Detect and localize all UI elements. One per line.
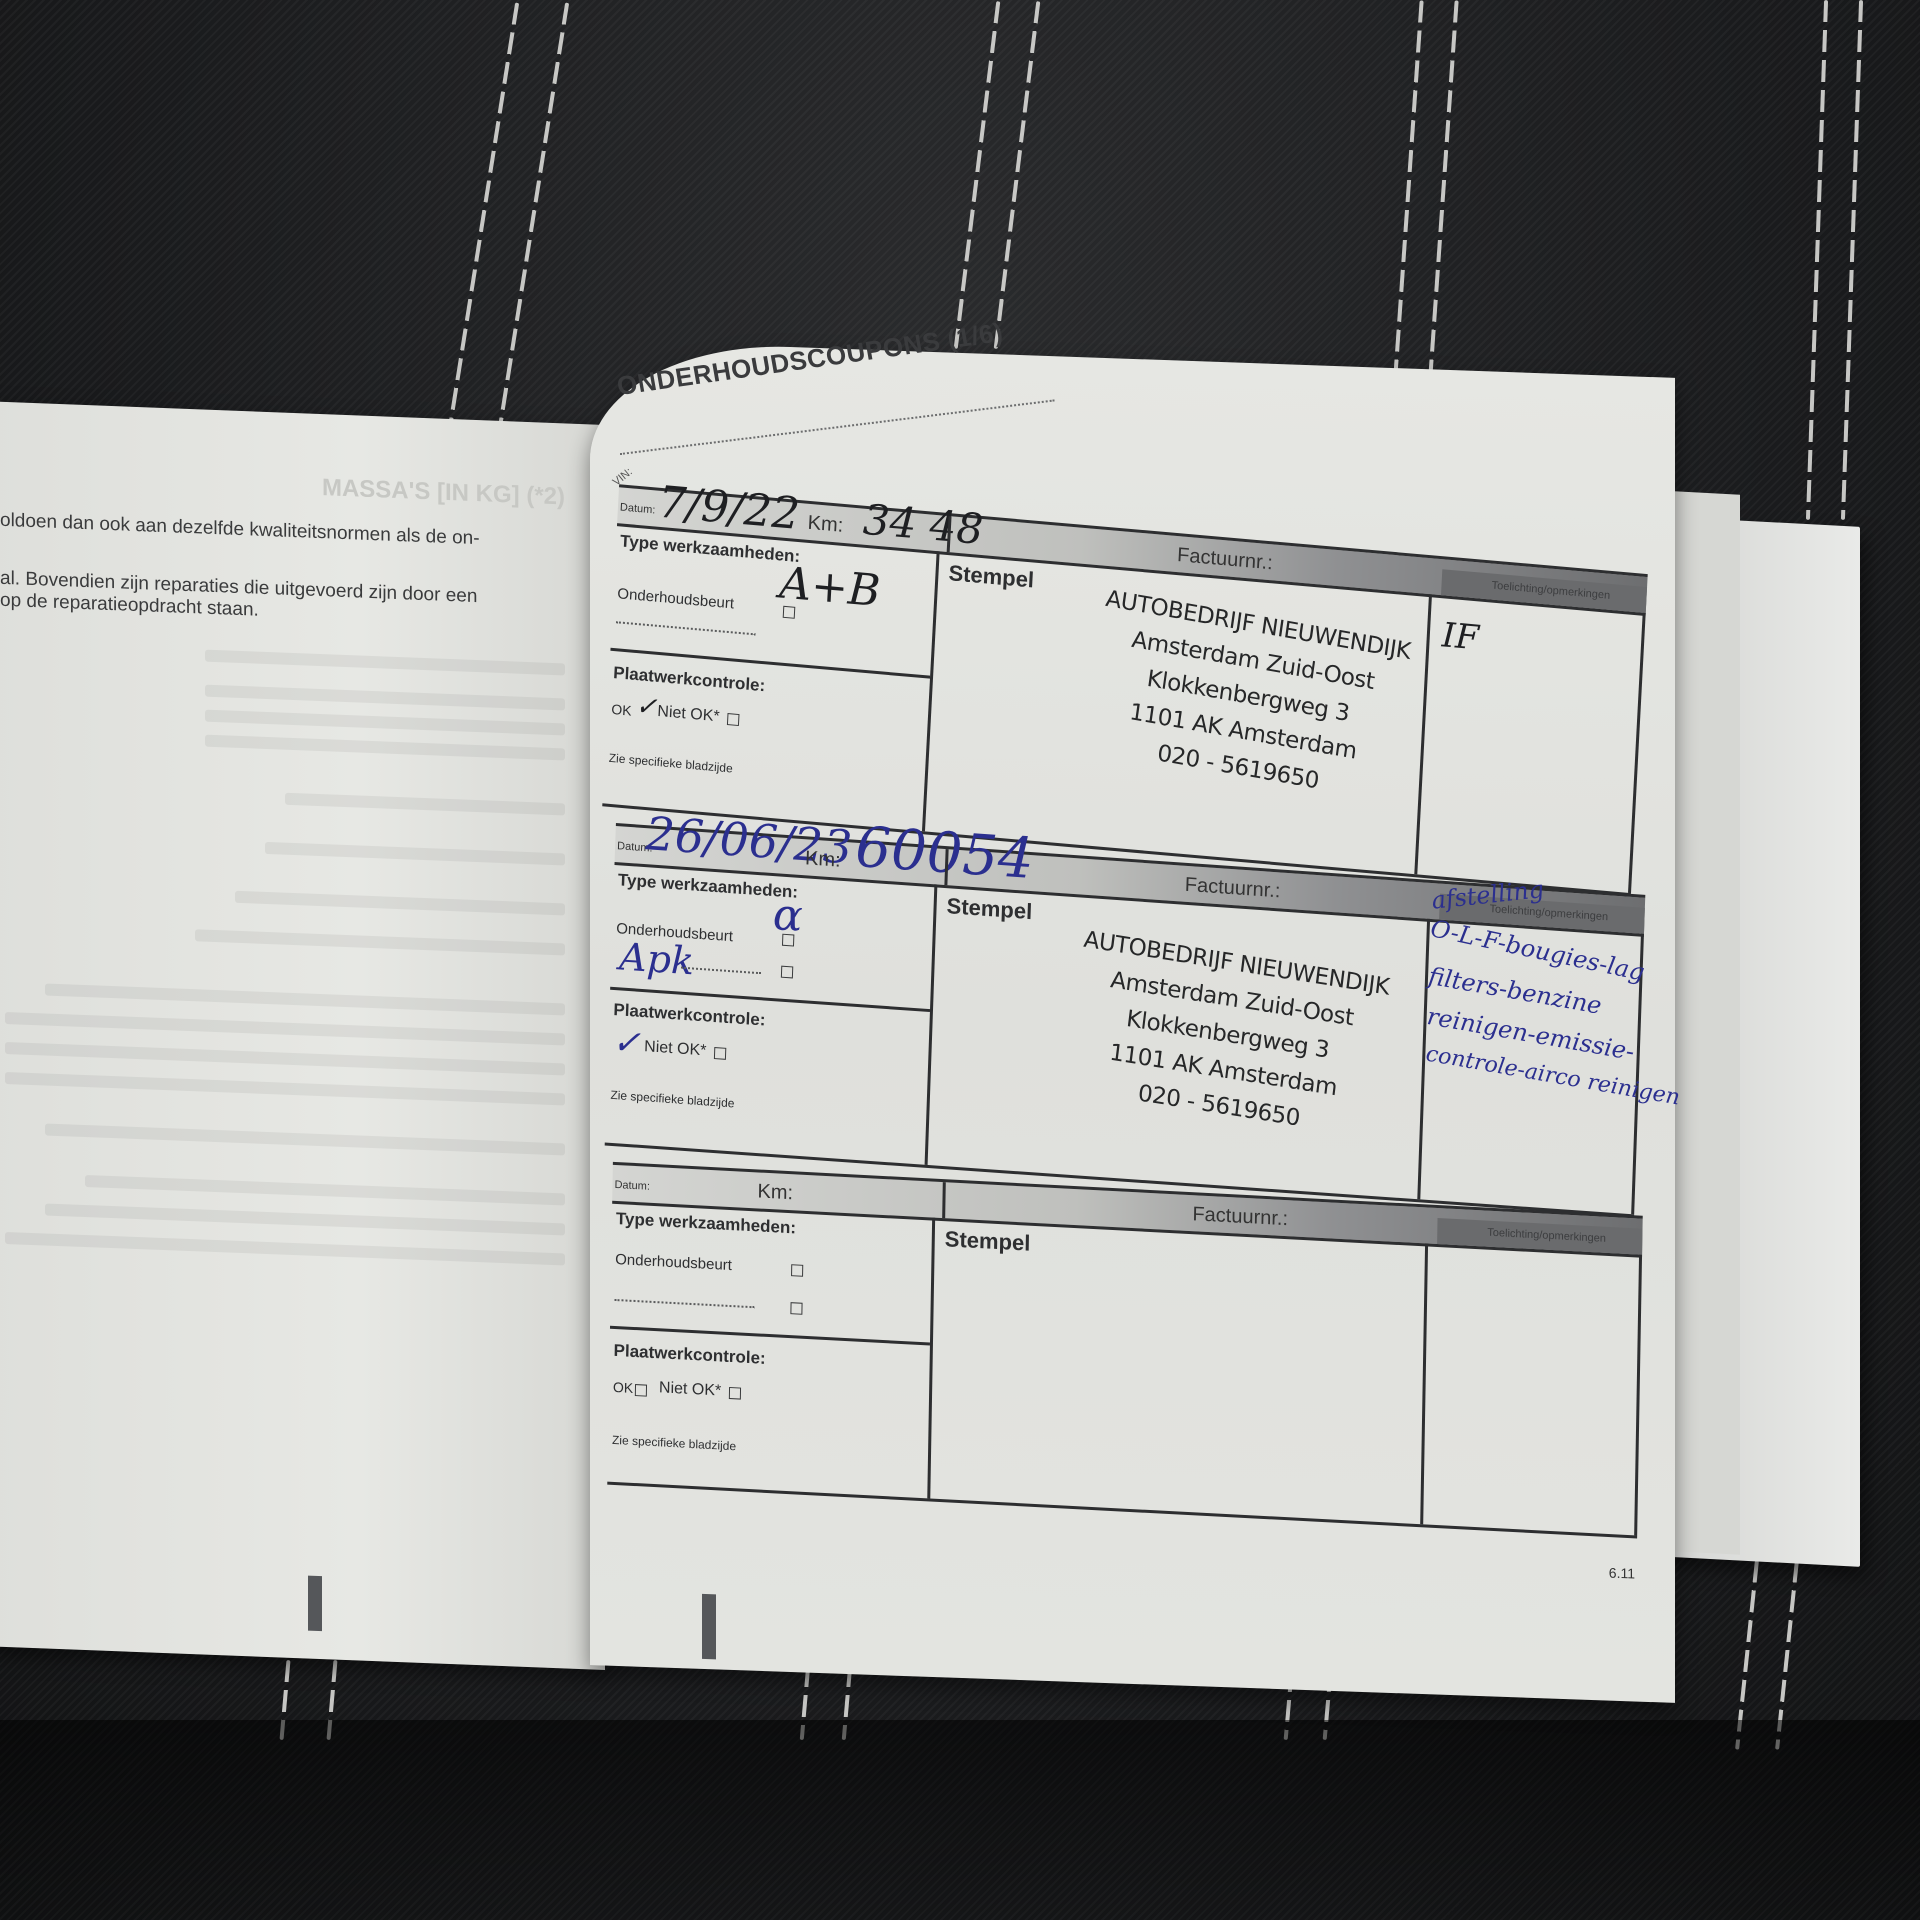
onderhoudsbeurt-checkbox[interactable] <box>782 934 794 947</box>
type-werkzaamheden-label: Type werkzaamheden: <box>616 1209 796 1238</box>
stamp-column: Stempel <box>930 1218 1428 1525</box>
seat-fold-shadow <box>0 1720 1920 1920</box>
stempel-label: Stempel <box>948 560 1035 593</box>
ok-label: OK <box>613 1379 634 1396</box>
coupon-3: Datum: Km: Factuurnr.: Toelichting/opmer… <box>607 1162 1642 1539</box>
left-page-faint-heading: MASSA'S [IN KG] (*2) <box>322 474 565 511</box>
km-label: Km: <box>757 1180 793 1205</box>
bleed-through-text <box>45 983 565 1015</box>
opmerkingen-column: afstelling O-L-F-bougies-lag filters-ben… <box>1420 919 1644 1214</box>
bleed-through-text <box>45 1203 565 1235</box>
left-page: MASSA'S [IN KG] (*2) oldoen dan ook aan … <box>0 401 605 1670</box>
page-edge-tab <box>308 1576 322 1632</box>
bleed-through-text <box>235 891 565 916</box>
ok-checkmark[interactable]: ✓ <box>635 691 658 723</box>
km-value[interactable]: 34 48 <box>862 495 985 554</box>
datum-label: Datum: <box>620 501 656 516</box>
bleed-through-text <box>205 735 565 761</box>
specifieke-bladzijde-label: Zie specifieke bladzijde <box>612 1433 736 1453</box>
type-werkzaamheden-section: Type werkzaamheden: Onderhoudsbeurt <box>610 1201 932 1346</box>
work-column: Type werkzaamheden: Onderhoudsbeurt Plaa… <box>607 1201 935 1499</box>
work-column: Type werkzaamheden: α Onderhoudsbeurt Ap… <box>605 862 938 1165</box>
type-werkzaamheden-label: Type werkzaamheden: <box>620 531 801 567</box>
bleed-through-text <box>205 685 565 711</box>
ok-checkbox[interactable] <box>635 1384 647 1397</box>
left-page-text-line: oldoen dan ook aan dezelfde kwaliteitsno… <box>0 510 480 550</box>
bleed-through-text <box>45 1123 565 1155</box>
bleed-through-text <box>5 1042 565 1076</box>
bleed-through-text <box>265 842 565 866</box>
opmerkingen-column <box>1423 1244 1642 1536</box>
type-werkzaamheden-section: Type werkzaamheden: α Onderhoudsbeurt Ap… <box>610 862 934 1012</box>
specifieke-bladzijde-label: Zie specifieke bladzijde <box>608 751 733 776</box>
bleed-through-text <box>5 1012 565 1046</box>
ok-label: OK <box>611 701 632 719</box>
work-column: Type werkzaamheden: A+B Onderhoudsbeurt … <box>602 523 939 831</box>
stempel-label: Stempel <box>946 893 1032 925</box>
niet-ok-label: Niet OK* <box>644 1038 707 1060</box>
factuurnr-label: Factuurnr.: <box>1192 1203 1288 1231</box>
bleed-through-text <box>5 1232 565 1266</box>
page-edge-tab <box>702 1594 716 1659</box>
bleed-through-text <box>205 650 565 676</box>
ok-checkmark[interactable]: ✓ <box>612 1022 642 1064</box>
bleed-through-text <box>285 793 565 816</box>
bleed-through-text <box>205 710 565 736</box>
other-work-dotted-line <box>614 1299 754 1308</box>
coupon-2: Datum: 26/06/23 Km: 60054 Factuurnr.: To… <box>605 823 1646 1217</box>
specifieke-bladzijde-label: Zie specifieke bladzijde <box>610 1088 734 1111</box>
niet-ok-label: Niet OK* <box>657 703 720 726</box>
vin-dotted-line <box>620 399 1055 455</box>
page-number: 6.11 <box>1609 1565 1635 1582</box>
bleed-through-text <box>85 1175 565 1205</box>
km-label: Km: <box>805 847 841 872</box>
coupon-page: ONDERHOUDSCOUPONS (1/6) VIN: Datum: 7/9/… <box>590 340 1675 1703</box>
factuurnr-label: Factuurnr.: <box>1184 874 1280 904</box>
garage-stamp: AUTOBEDRIJF NIEUWENDIJK Amsterdam Zuid-O… <box>1072 579 1424 814</box>
other-work-checkbox[interactable] <box>781 966 793 979</box>
datum-label: Datum: <box>614 1179 650 1193</box>
bleed-through-text <box>5 1072 565 1106</box>
type-werkzaamheden-section: Type werkzaamheden: A+B Onderhoudsbeurt <box>610 523 936 678</box>
niet-ok-checkbox[interactable] <box>714 1047 726 1060</box>
onderhoudsbeurt-label: Onderhoudsbeurt <box>615 1251 732 1274</box>
onderhoudsbeurt-checkbox[interactable] <box>783 606 796 619</box>
other-work-checkbox[interactable] <box>790 1302 802 1315</box>
opmerkingen-column: IF <box>1417 594 1645 893</box>
opmerkingen-value[interactable]: IF <box>1441 615 1480 658</box>
garage-stamp: AUTOBEDRIJF NIEUWENDIJK Amsterdam Zuid-O… <box>1053 920 1402 1150</box>
niet-ok-checkbox[interactable] <box>729 1387 741 1400</box>
stempel-label: Stempel <box>945 1226 1031 1256</box>
niet-ok-label: Niet OK* <box>659 1379 722 1400</box>
header-divider <box>942 1182 946 1218</box>
plaatwerkcontrole-label: Plaatwerkcontrole: <box>613 1341 765 1369</box>
onderhoudsbeurt-checkbox[interactable] <box>791 1264 803 1277</box>
stamp-column: Stempel AUTOBEDRIJF NIEUWENDIJK Amsterda… <box>928 885 1431 1200</box>
factuurnr-label: Factuurnr.: <box>1177 544 1274 575</box>
other-work-dotted-line <box>616 621 756 635</box>
km-label: Km: <box>807 512 844 538</box>
extra-work-value[interactable]: Apk <box>619 934 695 983</box>
niet-ok-checkbox[interactable] <box>727 713 740 726</box>
type-werkzaamheden-label: Type werkzaamheden: <box>618 870 799 903</box>
bleed-through-text <box>195 929 565 955</box>
onderhoudsbeurt-label: Onderhoudsbeurt <box>617 585 734 612</box>
